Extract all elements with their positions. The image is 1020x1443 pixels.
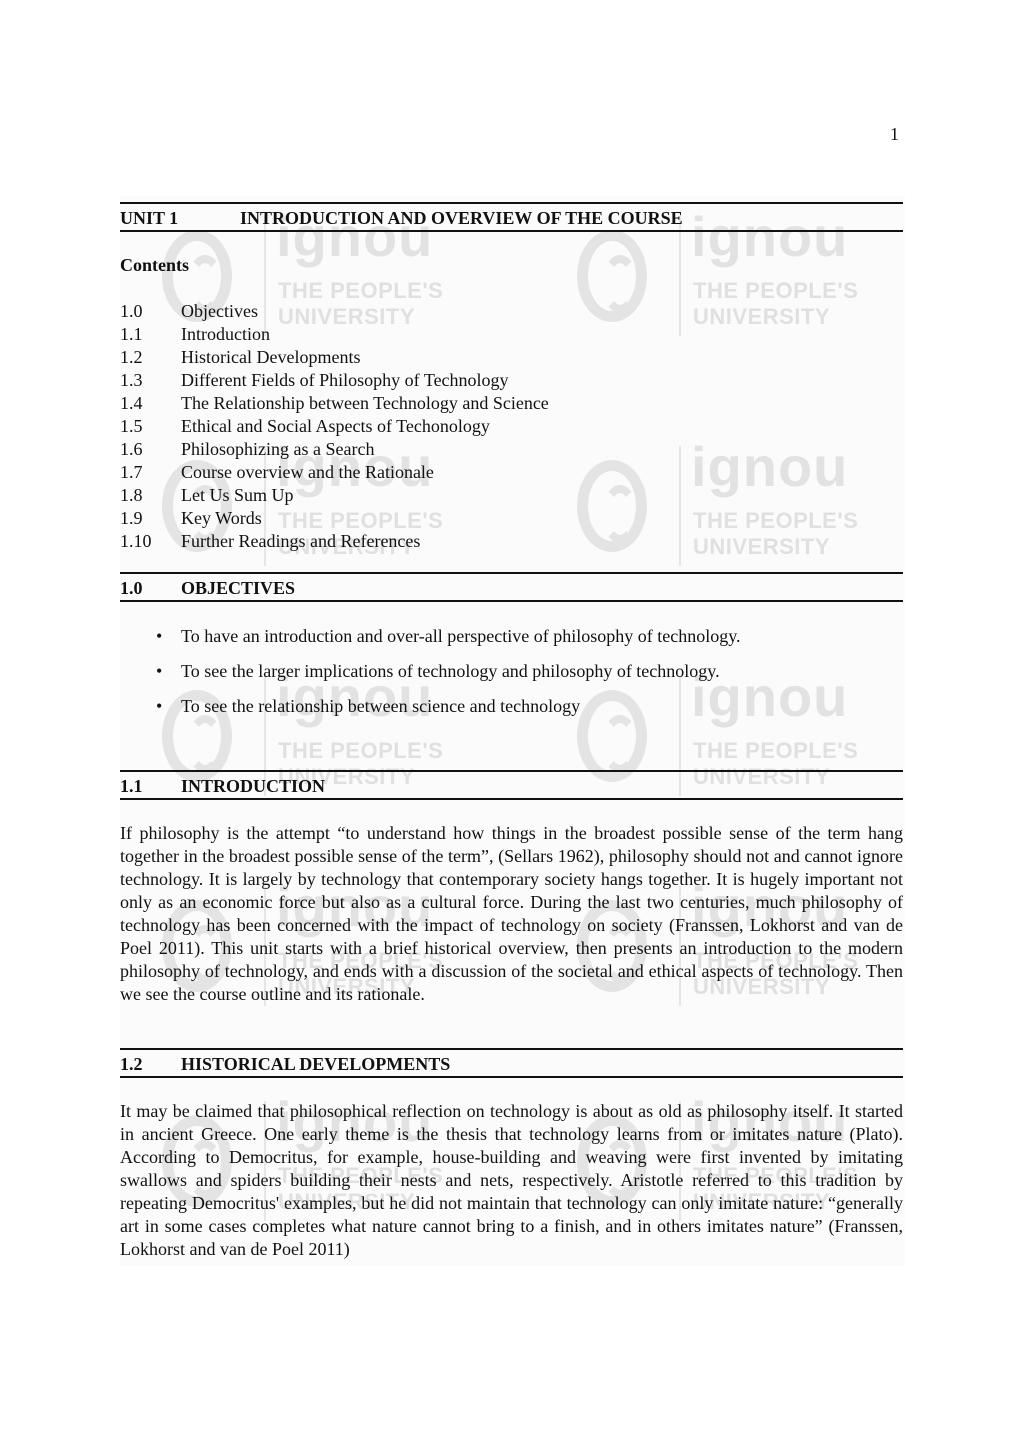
bullet-icon: •	[156, 659, 162, 683]
contents-heading: Contents	[120, 255, 189, 276]
watermark-line1: THE PEOPLE'S	[693, 738, 858, 764]
toc-item[interactable]: 1.3Different Fields of Philosophy of Tec…	[120, 369, 720, 392]
objective-text: To see the larger implications of techno…	[181, 659, 720, 683]
toc-item[interactable]: 1.7Course overview and the Rationale	[120, 461, 720, 484]
section-title: HISTORICAL DEVELOPMENTS	[181, 1054, 450, 1075]
introduction-paragraph: If philosophy is the attempt “to underst…	[120, 822, 903, 1006]
section-heading-historical: 1.2 HISTORICAL DEVELOPMENTS	[120, 1048, 903, 1078]
toc-item-number: 1.9	[120, 507, 143, 530]
toc-item-number: 1.4	[120, 392, 143, 415]
toc-item[interactable]: 1.8Let Us Sum Up	[120, 484, 720, 507]
section-heading-introduction: 1.1 INTRODUCTION	[120, 770, 903, 800]
toc-item[interactable]: 1.5Ethical and Social Aspects of Techono…	[120, 415, 720, 438]
section-number: 1.1	[120, 776, 143, 797]
toc-item-title: Historical Developments	[181, 346, 360, 369]
toc-item-title: Key Words	[181, 507, 262, 530]
toc-item[interactable]: 1.2Historical Developments	[120, 346, 720, 369]
section-title: INTRODUCTION	[181, 776, 325, 797]
toc-item-number: 1.5	[120, 415, 143, 438]
objectives-list: •To have an introduction and over-all pe…	[120, 624, 900, 729]
objective-item: •To have an introduction and over-all pe…	[120, 624, 900, 659]
unit-header: UNIT 1 INTRODUCTION AND OVERVIEW OF THE …	[120, 202, 903, 232]
toc-item-title: Let Us Sum Up	[181, 484, 294, 507]
section-heading-objectives: 1.0 OBJECTIVES	[120, 572, 903, 602]
toc-item[interactable]: 1.6Philosophizing as a Search	[120, 438, 720, 461]
toc-item-title: Philosophizing as a Search	[181, 438, 374, 461]
table-of-contents: 1.0Objectives1.1Introduction1.2Historica…	[120, 300, 720, 553]
objective-text: To see the relationship between science …	[181, 694, 580, 718]
toc-item[interactable]: 1.4The Relationship between Technology a…	[120, 392, 720, 415]
unit-title: INTRODUCTION AND OVERVIEW OF THE COURSE	[240, 208, 683, 229]
toc-item-title: Different Fields of Philosophy of Techno…	[181, 369, 509, 392]
section-number: 1.0	[120, 578, 143, 599]
toc-item-title: Ethical and Social Aspects of Techonolog…	[181, 415, 490, 438]
objective-item: •To see the relationship between science…	[120, 694, 900, 729]
toc-item[interactable]: 1.0Objectives	[120, 300, 720, 323]
toc-item-number: 1.2	[120, 346, 143, 369]
toc-item-number: 1.0	[120, 300, 143, 323]
bullet-icon: •	[156, 694, 162, 718]
toc-item-number: 1.8	[120, 484, 143, 507]
objective-text: To have an introduction and over-all per…	[181, 624, 741, 648]
toc-item-title: Objectives	[181, 300, 258, 323]
toc-item[interactable]: 1.9Key Words	[120, 507, 720, 530]
page-number: 1	[890, 124, 899, 145]
historical-paragraph: It may be claimed that philosophical ref…	[120, 1100, 903, 1261]
toc-item-number: 1.3	[120, 369, 143, 392]
toc-item-number: 1.1	[120, 323, 143, 346]
unit-number: UNIT 1	[120, 208, 178, 229]
toc-item-title: Introduction	[181, 323, 270, 346]
toc-item-number: 1.7	[120, 461, 143, 484]
toc-item-number: 1.6	[120, 438, 143, 461]
toc-item[interactable]: 1.1Introduction	[120, 323, 720, 346]
section-title: OBJECTIVES	[181, 578, 295, 599]
bullet-icon: •	[156, 624, 162, 648]
toc-item[interactable]: 1.10Further Readings and References	[120, 530, 720, 553]
watermark-line1: THE PEOPLE'S	[278, 738, 443, 764]
toc-item-title: Course overview and the Rationale	[181, 461, 434, 484]
toc-item-title: The Relationship between Technology and …	[181, 392, 549, 415]
toc-item-title: Further Readings and References	[181, 530, 420, 553]
toc-item-number: 1.10	[120, 530, 152, 553]
section-number: 1.2	[120, 1054, 143, 1075]
objective-item: •To see the larger implications of techn…	[120, 659, 900, 694]
